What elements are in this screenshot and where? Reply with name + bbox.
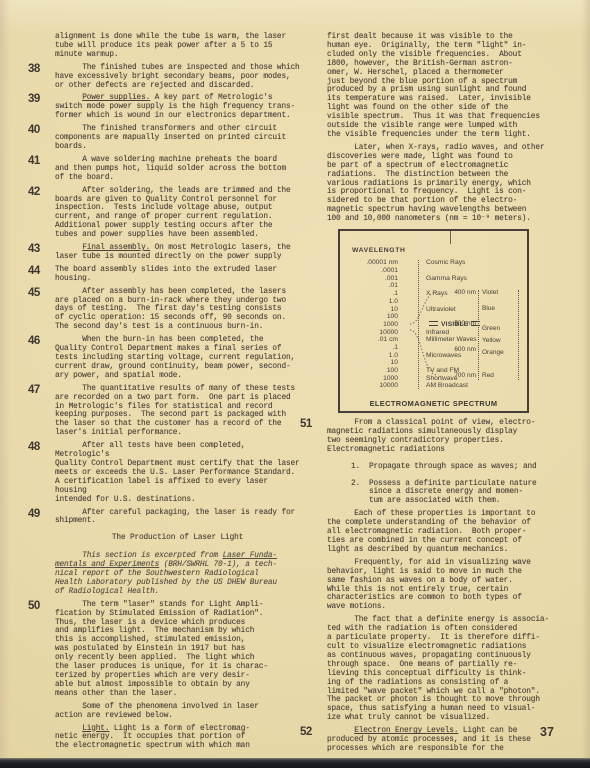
- paragraph-text: Some of the phenomena involved in laser …: [55, 703, 300, 721]
- paragraph: Each of these properties is important to…: [300, 510, 578, 555]
- electromagnetic-spectrum-diagram: WAVELENGTH .00001 nmCosmic Rays.0001.001…: [338, 229, 529, 413]
- paragraph-text: Final assembly. On most Metrologic laser…: [55, 244, 300, 262]
- paragraph-text: Each of these properties is important to…: [327, 510, 578, 555]
- text-run: Power supplies.: [82, 94, 150, 102]
- paragraph-text: After all tests have been completed, Met…: [55, 442, 300, 504]
- paragraph-text: The term "laser" stands for Light Ampli-…: [55, 601, 300, 699]
- paragraph: Later, when X-rays, radio waves, and oth…: [300, 144, 578, 224]
- text-run: [55, 244, 82, 252]
- text-run: Later, when X-rays, radio waves, and oth…: [327, 144, 544, 223]
- list-item-text: Possess a definite particulate nature si…: [369, 480, 537, 507]
- text-run: first dealt because it was visible to th…: [327, 33, 540, 139]
- nm-tick-label: 700 nm: [436, 372, 476, 379]
- paragraph-47: 47 The quantitative results of many of t…: [28, 385, 300, 438]
- paragraph-43: 43 Final assembly. On most Metrologic la…: [28, 244, 300, 262]
- spectrum-row: .001Gamma Rays: [348, 274, 523, 282]
- paragraph-39: 39 Power supplies. A key part of Metrolo…: [28, 94, 300, 121]
- diagram-caption: ELECTROMAGNETIC SPECTRUM: [340, 399, 527, 408]
- wavelength-value: 1.0: [348, 298, 410, 305]
- band-label: Gamma Rays: [426, 275, 467, 282]
- color-label: Blue: [482, 305, 495, 312]
- text-run: The fact that a definite energy is assoc…: [327, 616, 549, 722]
- paragraph: first dealt because it was visible to th…: [300, 33, 578, 140]
- list-marker: 2.: [351, 480, 369, 507]
- paragraph-number: 39: [28, 94, 55, 121]
- paragraph-number: 46: [28, 336, 55, 381]
- text-run: From a classical point of view, electro-…: [327, 419, 535, 454]
- visible-spectrum-scale: 400 nm500 nm600 nm700 nmVioletBlueGreenY…: [436, 289, 528, 385]
- text-run: Possess a definite particulate nature si…: [369, 480, 537, 506]
- band-label: Cosmic Rays: [426, 259, 465, 266]
- text-run: [55, 725, 82, 733]
- paragraph-number: 38: [28, 64, 55, 91]
- paragraph-51: 51 From a classical point of view, elect…: [300, 419, 578, 506]
- wavelength-value: .01: [348, 282, 410, 289]
- paragraph: The Production of Laser Light: [28, 534, 300, 543]
- wavelength-value: 100: [348, 367, 410, 374]
- paragraph-text: The Production of Laser Light: [55, 534, 300, 543]
- text-run: Frequently, for aid in visualizing wave …: [327, 559, 531, 612]
- paragraph-number: 52: [300, 727, 327, 754]
- text-run: The Production of Laser Light: [112, 534, 243, 542]
- paragraph-text: From a classical point of view, electro-…: [327, 419, 578, 506]
- wavelength-value: 10: [348, 306, 410, 313]
- paragraph-38: 38 The finished tubes are inspected and …: [28, 64, 300, 91]
- nm-tick-label: 600 nm: [436, 346, 476, 353]
- visible-branch-curves-icon: [410, 285, 438, 395]
- diagram-wavelength-label: WAVELENGTH: [352, 247, 405, 254]
- paragraph-42: 42 After soldering, the leads are trimme…: [28, 187, 300, 240]
- text-run: [55, 94, 82, 102]
- paragraph-52: 52 Electron Energy Levels. Light can be …: [300, 727, 578, 754]
- paragraph-number: 51: [300, 419, 327, 506]
- paragraph-number: 50: [28, 601, 55, 699]
- text-run: The quantitative results of many of thes…: [55, 385, 295, 438]
- text-run: A wave soldering machine preheats the bo…: [55, 156, 286, 182]
- wavelength-value: 10000: [348, 382, 410, 389]
- wavelength-value: .0001: [348, 267, 410, 274]
- text-run: After soldering, the leads are trimmed a…: [55, 187, 291, 240]
- paragraph-46: 46 When the burn-in has been completed, …: [28, 336, 300, 381]
- paragraph-number: 47: [28, 385, 55, 438]
- color-scale-dotted-line: [518, 290, 519, 380]
- color-label: Yellow: [482, 337, 501, 344]
- paragraph-text: Later, when X-rays, radio waves, and oth…: [327, 144, 578, 224]
- text-run: The finished transformers and other circ…: [55, 125, 286, 151]
- text-run: Final assembly.: [82, 244, 150, 252]
- nm-tick-label: 500 nm: [436, 320, 476, 327]
- text-run: Each of these properties is important to…: [327, 510, 535, 554]
- page-number: 37: [540, 725, 554, 739]
- color-label: Violet: [482, 289, 498, 296]
- paragraph-text: alignment is done while the tube is warm…: [55, 33, 300, 60]
- paragraph-number: [28, 703, 55, 721]
- wavelength-value: 1.0: [348, 352, 410, 359]
- spectrum-row: .0001: [348, 267, 523, 275]
- paragraph-number: 42: [28, 187, 55, 240]
- paragraph-text: A wave soldering machine preheats the bo…: [55, 156, 300, 183]
- scan-edge-band: [0, 758, 590, 768]
- wavelength-value: 100: [348, 313, 410, 320]
- text-run: Light.: [82, 725, 109, 733]
- text-run: The finished tubes are inspected and tho…: [55, 64, 300, 90]
- paragraph: Light. Light is a form of electromag- ne…: [28, 725, 300, 752]
- text-run: When the burn-in has been completed, the…: [55, 336, 295, 380]
- color-label: Green: [482, 325, 500, 332]
- paragraph-text: This section is excerpted from Laser Fun…: [55, 552, 300, 597]
- paragraph-number: [300, 33, 327, 140]
- paragraph-number: [300, 144, 327, 224]
- wavelength-value: .1: [348, 344, 410, 351]
- diagram-top-tick: [450, 231, 451, 244]
- text-run: [327, 727, 354, 735]
- paragraph: Some of the phenomena involved in laser …: [28, 703, 300, 721]
- list-item-text: Propagate through space as waves; and: [369, 463, 537, 472]
- paragraph-number: [300, 616, 327, 723]
- paragraph-text: The quantitative results of many of thes…: [55, 385, 300, 438]
- wavelength-value: 10000: [348, 329, 410, 336]
- paragraph-text: Frequently, for aid in visualizing wave …: [327, 559, 578, 612]
- wavelength-value: 1000: [348, 321, 410, 328]
- paragraph-text: first dealt because it was visible to th…: [327, 33, 578, 140]
- paragraph-text: After assembly has been completed, the l…: [55, 288, 300, 333]
- paragraph-text: Power supplies. A key part of Metrologic…: [55, 94, 300, 121]
- paragraph: Frequently, for aid in visualizing wave …: [300, 559, 578, 612]
- paragraph-number: [28, 552, 55, 597]
- right-column-lower: 51 From a classical point of view, elect…: [300, 419, 578, 754]
- paragraph-number: 44: [28, 266, 55, 284]
- text-run: After assembly has been completed, the l…: [55, 288, 286, 332]
- text-run: After careful packaging, the laser is re…: [55, 509, 295, 526]
- paragraph-text: Light. Light is a form of electromag- ne…: [55, 725, 300, 752]
- paragraph-number: [300, 559, 327, 612]
- paragraph-number: 40: [28, 125, 55, 152]
- wavelength-value: .00001 nm: [348, 259, 410, 266]
- paragraph-text: The finished tubes are inspected and tho…: [55, 64, 300, 91]
- text-run: [55, 552, 82, 560]
- paragraph-44: 44The board assembly slides into the ext…: [28, 266, 300, 284]
- paragraph-40: 40 The finished transformers and other c…: [28, 125, 300, 152]
- paragraph-number: [28, 725, 55, 752]
- paragraph-number: [28, 534, 55, 543]
- wavelength-value: .1: [348, 290, 410, 297]
- text-run: After all tests have been completed, Met…: [55, 442, 300, 503]
- text-run: Some of the phenomena involved in laser …: [55, 703, 259, 720]
- spectrum-row: .00001 nmCosmic Rays: [348, 259, 523, 267]
- paragraph: The fact that a definite energy is assoc…: [300, 616, 578, 723]
- right-column: first dealt because it was visible to th…: [300, 33, 578, 758]
- list-marker: 1.: [351, 463, 369, 472]
- paragraph-number: 45: [28, 288, 55, 333]
- paragraph-number: 41: [28, 156, 55, 183]
- color-label: Orange: [482, 349, 504, 356]
- paragraph-text: When the burn-in has been completed, the…: [55, 336, 300, 381]
- left-column: alignment is done while the tube is warm…: [28, 33, 300, 755]
- paragraph-50: 50 The term "laser" stands for Light Amp…: [28, 601, 300, 699]
- wavelength-value: 10: [348, 359, 410, 366]
- paragraph-number: 48: [28, 442, 55, 504]
- paragraph-41: 41 A wave soldering machine preheats the…: [28, 156, 300, 183]
- right-column-upper: first dealt because it was visible to th…: [300, 33, 578, 224]
- document-page: alignment is done while the tube is warm…: [0, 0, 590, 768]
- wavelength-value: .01 cm: [348, 336, 410, 343]
- paragraph: This section is excerpted from Laser Fun…: [28, 552, 300, 597]
- color-label: Red: [482, 372, 494, 379]
- wavelength-value: 1000: [348, 375, 410, 382]
- paragraph-48: 48 After all tests have been completed, …: [28, 442, 300, 504]
- paragraph-49: 49 After careful packaging, the laser is…: [28, 509, 300, 527]
- text-run: This section is excerpted from: [82, 552, 222, 560]
- paragraph-text: The board assembly slides into the extru…: [55, 266, 300, 284]
- text-run: The board assembly slides into the extru…: [55, 266, 277, 283]
- paragraph-text: The fact that a definite energy is assoc…: [327, 616, 578, 723]
- paragraph-number: 49: [28, 509, 55, 527]
- paragraph-number: [28, 33, 55, 60]
- paragraph: alignment is done while the tube is warm…: [28, 33, 300, 60]
- nm-tick-label: 400 nm: [436, 289, 476, 296]
- paragraph-text: After careful packaging, the laser is re…: [55, 509, 300, 527]
- text-run: alignment is done while the tube is warm…: [55, 33, 286, 59]
- paragraph-number: 43: [28, 244, 55, 262]
- text-run: Electron Energy Levels.: [354, 727, 458, 735]
- paragraph-text: The finished transformers and other circ…: [55, 125, 300, 152]
- text-run: The term "laser" stands for Light Ampli-…: [55, 601, 268, 698]
- paragraph-45: 45 After assembly has been completed, th…: [28, 288, 300, 333]
- list-item: 1.Propagate through space as waves; and: [327, 463, 578, 472]
- list-item: 2.Possess a definite particulate nature …: [327, 480, 578, 507]
- nm-scale-dotted-line: [478, 290, 479, 380]
- wavelength-value: .001: [348, 275, 410, 282]
- text-run: Propagate through space as waves; and: [369, 463, 537, 471]
- paragraph-number: [300, 510, 327, 555]
- paragraph-text: After soldering, the leads are trimmed a…: [55, 187, 300, 240]
